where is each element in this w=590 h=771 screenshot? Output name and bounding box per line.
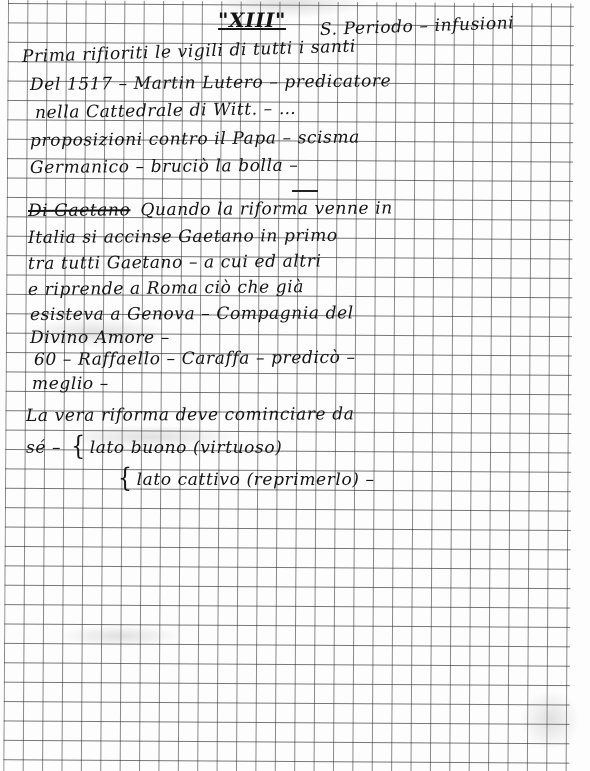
line-text: nella Cattedrale di Witt. – … [35, 99, 297, 123]
line-text: Prima rifioriti le vigili di tutti i san… [22, 37, 357, 67]
brace-mark: { [71, 432, 86, 462]
brace-mark: { [118, 464, 133, 494]
text-line-3: Del 1517 – Martin Lutero – predicatore [30, 71, 391, 95]
scanned-page: "XIII" S. Periodo – infusioni Prima rifi… [0, 0, 590, 771]
line-text: e riprende a Roma ciò che già [28, 277, 304, 300]
text-line-15: La vera riforma deve cominciare da [26, 404, 355, 426]
line-text: lato cattivo (reprimerlo) – [137, 470, 375, 490]
line-text: esisteva a Genova – Compagnia del [30, 303, 354, 325]
line-text: La vera riforma deve cominciare da [26, 404, 355, 426]
text-line-9: tra tutti Gaetano – a cui ed altri [28, 251, 322, 274]
text-line-5: proposizioni contro il Papa – scisma [30, 128, 360, 151]
text-line-10: e riprende a Roma ciò che già [28, 277, 304, 300]
line-text: Italia si accinse Gaetano in primo [28, 226, 338, 248]
line-text: meglio – [32, 374, 109, 394]
line-text: Germanico – bruciò la bolla – [30, 156, 299, 178]
text-line-12: Divino Amore – [30, 328, 170, 348]
handwritten-text: "XIII" S. Periodo – infusioni Prima rifi… [0, 0, 590, 771]
line-text: lato buono (virtuoso) [90, 438, 283, 458]
text-line-4: nella Cattedrale di Witt. – … [35, 99, 297, 123]
underline-mark [292, 190, 318, 192]
text-line-7: Di GaetanoQuando la riforma venne in [28, 198, 393, 221]
line-text: Divino Amore – [30, 328, 170, 348]
text-line-8: Italia si accinse Gaetano in primo [28, 226, 338, 248]
section-number-mark: "XIII" [218, 8, 286, 32]
line-text: tra tutti Gaetano – a cui ed altri [28, 251, 322, 274]
text-line-11: esisteva a Genova – Compagnia del [30, 303, 354, 325]
text-line-14: meglio – [32, 374, 109, 394]
text-line-2: Prima rifioriti le vigili di tutti i san… [22, 37, 357, 67]
line-text: Quando la riforma venne in [140, 198, 392, 220]
text-line-6: Germanico – bruciò la bolla – [30, 156, 299, 178]
struck-through-text: Di Gaetano [28, 200, 131, 221]
line-text: sé – [26, 438, 61, 458]
line-text: proposizioni contro il Papa – scisma [30, 128, 360, 151]
text-line-13: 60 – Raffaello – Caraffa – predicò – [34, 348, 356, 370]
line-text: 60 – Raffaello – Caraffa – predicò – [34, 348, 356, 370]
line-text: Del 1517 – Martin Lutero – predicatore [30, 71, 391, 95]
text-line-17: {lato cattivo (reprimerlo) – [118, 466, 375, 491]
text-line-16: sé –{lato buono (virtuoso) [26, 434, 282, 459]
header-line: "XIII" [218, 8, 286, 32]
